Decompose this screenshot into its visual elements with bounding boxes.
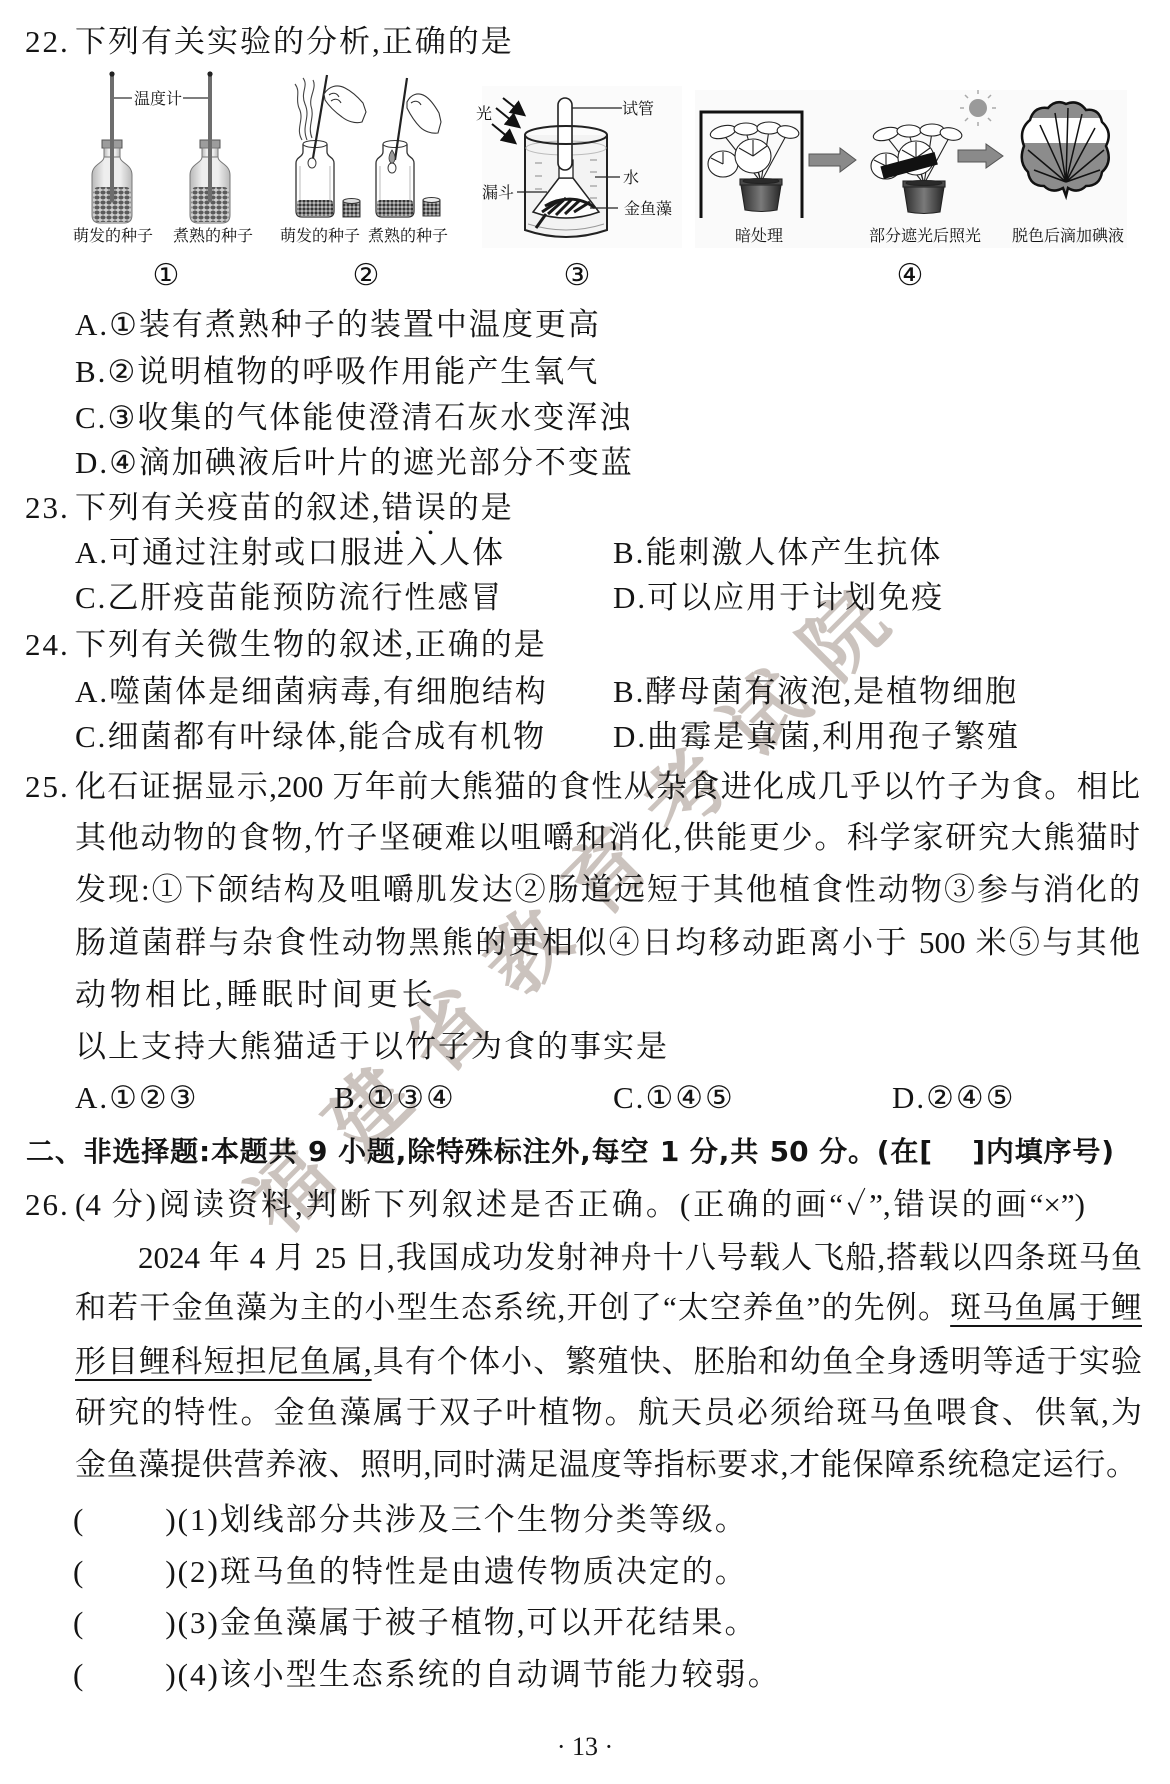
q26-statement-2: ()(2)斑马鱼的特性是由遗传物质决定的。: [73, 1552, 748, 1592]
option-letter: C.: [75, 719, 107, 754]
thermometer-top: [109, 71, 114, 76]
passage-text: 2024 年 4 月 25 日,我国成功发射神舟十八号载人飞船,搭载以四条斑马鱼: [138, 1240, 1142, 1275]
q26-passage-line: 2024 年 4 月 25 日,我国成功发射神舟十八号载人飞船,搭载以四条斑马鱼: [138, 1238, 1142, 1278]
thermometer-top: [207, 71, 212, 76]
statement-label: (3): [178, 1605, 220, 1640]
q24-option-a: A.噬菌体是细菌病毒,有细胞结构: [75, 672, 548, 712]
cotton-plug-top: [343, 199, 360, 204]
candle: [308, 158, 316, 168]
option-letter: D.: [75, 445, 109, 480]
q23-number: 23.: [25, 488, 70, 528]
test-tube: [558, 98, 572, 170]
option-text: ②④⑤: [926, 1080, 1015, 1115]
q25-option-d: D.②④⑤: [892, 1078, 1016, 1118]
option-text: 可通过注射或口服进入人体: [109, 535, 505, 570]
answer-blank[interactable]: (): [73, 1554, 178, 1589]
cotton-plug-top: [423, 198, 440, 203]
q24-number: 24.: [25, 625, 70, 665]
option-text: ③收集的气体能使澄清石灰水变浑浊: [107, 400, 632, 435]
option-text: ①装有煮熟种子的装置中温度更高: [109, 307, 601, 342]
water-label: 水: [623, 169, 639, 187]
blank-close-paren: ): [165, 1554, 177, 1589]
q24-option-d: D.曲霉是真菌,利用孢子繁殖: [613, 717, 1020, 757]
option-letter: D.: [613, 580, 647, 615]
option-text: 噬菌体是细菌病毒,有细胞结构: [109, 674, 548, 709]
q23-option-d: D.可以应用于计划免疫: [613, 578, 944, 618]
option-letter: B.: [334, 1080, 366, 1115]
option-text: ①②③: [109, 1080, 198, 1115]
q26-passage-line: 研究的特性。金鱼藻属于双子叶植物。航天员必须给斑马鱼喂食、供氧,为: [75, 1393, 1142, 1433]
q26-statement-3: ()(3)金鱼藻属于被子植物,可以开花结果。: [73, 1603, 758, 1643]
option-text: ①④⑤: [645, 1080, 734, 1115]
q25-stem-line: 其他动物的食物,竹子坚硬难以咀嚼和消化,供能更少。科学家研究大熊猫时: [75, 818, 1140, 858]
q25-question: 以上支持大熊猫适于以竹子为食的事实是: [75, 1027, 669, 1067]
option-text: ②说明植物的呼吸作用能产生氧气: [107, 354, 599, 389]
statement-text: 斑马鱼的特性是由遗传物质决定的。: [220, 1554, 748, 1589]
q25-option-c: C.①④⑤: [613, 1078, 735, 1118]
q26-passage-line: 金鱼藻提供营养液、照明,同时满足温度等指标要求,才能保障系统稳定运行。: [75, 1445, 1137, 1485]
fig2-number: ②: [353, 259, 380, 292]
unstained-band: [1018, 118, 1114, 143]
q26-statement-1: ()(1)划线部分共涉及三个生物分类等级。: [73, 1500, 748, 1540]
blank-close-paren: ): [165, 1502, 177, 1537]
statement-text: 该小型生态系统的自动调节能力较弱。: [220, 1657, 781, 1692]
passage-text: 和若干金鱼藻为主的小型生态系统,开创了“太空养鱼”的先例。: [75, 1290, 950, 1325]
q23-option-c: C.乙肝疫苗能预防流行性感冒: [75, 578, 503, 618]
statement-text: 划线部分共涉及三个生物分类等级。: [220, 1502, 748, 1537]
q22-option-a: A.①装有煮熟种子的装置中温度更高: [75, 305, 601, 345]
exam-page: 福建省教育考试院: [0, 0, 1170, 1784]
q22-number: 22.: [25, 22, 70, 62]
q24-option-c: C.细菌都有叶绿体,能合成有机物: [75, 717, 546, 757]
blank-open-paren: (: [73, 1605, 85, 1640]
bottle-boiled-seeds-candle: [376, 78, 441, 217]
option-text: 曲霉是真菌,利用孢子繁殖: [647, 719, 1020, 754]
statement-label: (4): [178, 1657, 220, 1692]
option-letter: A.: [75, 1080, 109, 1115]
blank-open-paren: (: [73, 1554, 85, 1589]
blank-close-paren: ): [165, 1657, 177, 1692]
blank-open-paren: (: [73, 1657, 85, 1692]
hornwort-label: 金鱼藻: [624, 200, 672, 218]
q25-option-b: B.①③④: [334, 1078, 456, 1118]
thermometer: [208, 72, 212, 202]
q25-stem-line: 化石证据显示,200 万年前大熊猫的食性从杂食进化成几乎以竹子为食。相比: [75, 767, 1140, 807]
blank-close-paren: ): [165, 1605, 177, 1640]
thermometer-label: 温度计: [134, 90, 182, 108]
option-letter: B.: [613, 674, 645, 709]
option-text: 细菌都有叶绿体,能合成有机物: [107, 719, 546, 754]
hand: [407, 94, 441, 133]
fig4-number: ④: [897, 259, 924, 292]
statement-label: (1): [178, 1502, 220, 1537]
q22-option-b: B.②说明植物的呼吸作用能产生氧气: [75, 352, 599, 392]
q25-option-a: A.①②③: [75, 1078, 199, 1118]
q26-instructions: (4 分)阅读资料,判断下列叙述是否正确。(正确的画“✓”,错误的画“×”): [75, 1185, 1085, 1225]
page-number: · 13 ·: [0, 1731, 1170, 1763]
passage-text: 金鱼藻提供营养液、照明,同时满足温度等指标要求,才能保障系统稳定运行。: [75, 1447, 1137, 1482]
statement-label: (2): [178, 1554, 220, 1589]
q23-option-b: B.能刺激人体产生抗体: [613, 533, 942, 573]
q24-stem: 下列有关微生物的叙述,正确的是: [75, 625, 547, 665]
passage-text: 具有个体小、繁殖快、胚胎和幼鱼全身透明等适于实验: [372, 1344, 1142, 1379]
option-text: ①③④: [366, 1080, 455, 1115]
funnel-label: 漏斗: [482, 184, 514, 202]
underlined-text: 形目鲤科短担尼鱼属,: [75, 1344, 372, 1379]
option-letter: A.: [75, 674, 109, 709]
fig1-right-label: 煮熟的种子: [173, 227, 253, 245]
q23-stem: 下列有关疫苗的叙述,错误的是: [75, 488, 514, 528]
option-text: ④滴加碘液后叶片的遮光部分不变蓝: [109, 445, 634, 480]
step-dark-treatment-label: 暗处理: [735, 227, 783, 245]
q26-passage-line: 形目鲤科短担尼鱼属,具有个体小、繁殖快、胚胎和幼鱼全身透明等适于实验: [75, 1342, 1142, 1382]
option-text: 可以应用于计划免疫: [647, 580, 944, 615]
figure-1-thermometer-bottles: 温度计 萌发的种子 煮熟的种子 ①: [73, 71, 253, 292]
fig2-left-label: 萌发的种子: [280, 226, 360, 245]
bottle-boiled-seeds: [190, 71, 230, 223]
bottle-germinating-seeds: [92, 71, 132, 223]
option-letter: B.: [75, 354, 107, 389]
q22-option-d: D.④滴加碘液后叶片的遮光部分不变蓝: [75, 443, 634, 483]
answer-blank[interactable]: (): [73, 1502, 178, 1537]
q25-number: 25.: [25, 767, 70, 807]
stem-text: 下列有关疫苗的叙述,: [75, 490, 382, 525]
step-iodine-label: 脱色后滴加碘液: [1012, 227, 1124, 245]
test-tube-label: 试管: [622, 100, 654, 118]
fig1-left-label: 萌发的种子: [73, 226, 153, 245]
step-shade-label: 部分遮光后照光: [869, 227, 981, 245]
q26-statement-4: ()(4)该小型生态系统的自动调节能力较弱。: [73, 1655, 781, 1695]
hand: [324, 86, 366, 123]
fig3-number: ③: [564, 259, 591, 292]
section-2-heading: 二、非选择题:本题共 9 小题,除特殊标注外,每空 1 分,共 50 分。(在[…: [26, 1132, 1114, 1172]
option-letter: C.: [613, 1080, 645, 1115]
q25-stem-line: 动物相比,睡眠时间更长: [75, 975, 437, 1015]
fig1-number: ①: [153, 259, 180, 292]
q22-option-c: C.③收集的气体能使澄清石灰水变浑浊: [75, 398, 632, 438]
q22-stem: 下列有关实验的分析,正确的是: [75, 22, 514, 62]
underlined-text: 斑马鱼属于鲤: [950, 1290, 1142, 1325]
answer-blank[interactable]: (): [73, 1657, 178, 1692]
passage-text: 研究的特性。金鱼藻属于双子叶植物。航天员必须给斑马鱼喂食、供氧,为: [75, 1395, 1142, 1430]
thermometer: [110, 72, 114, 202]
bottle-rim: [383, 141, 407, 148]
option-letter: D.: [613, 719, 647, 754]
statement-text: 金鱼藻属于被子植物,可以开花结果。: [220, 1605, 758, 1640]
seeds: [297, 200, 333, 216]
option-letter: A.: [75, 535, 109, 570]
figure-4-starch-experiment: 暗处理 部分遮光后照光 脱色后滴加碘液 ④: [695, 90, 1127, 292]
option-letter: A.: [75, 307, 109, 342]
option-letter: B.: [613, 535, 645, 570]
blank-open-paren: (: [73, 1502, 85, 1537]
q25-stem-line: 肠道菌群与杂食性动物黑熊的更相似④日均移动距离小于 500 米⑤与其他: [75, 923, 1140, 963]
sun-icon: [969, 99, 987, 117]
q24-option-b: B.酵母菌有液泡,是植物细胞: [613, 672, 1018, 712]
figure-2-candle-bottles: 萌发的种子 煮熟的种子 ②: [280, 75, 448, 292]
q26-passage-line: 和若干金鱼藻为主的小型生态系统,开创了“太空养鱼”的先例。斑马鱼属于鲤: [75, 1288, 1142, 1328]
q23-option-a: A.可通过注射或口服进入人体: [75, 533, 505, 573]
figure-3-hornwort-beaker: 光 试管 水 漏斗 金鱼藻 ③: [476, 86, 682, 292]
option-text: 乙肝疫苗能预防流行性感冒: [107, 580, 503, 615]
emphasized-keyword: 错误: [382, 490, 448, 525]
option-text: 能刺激人体产生抗体: [645, 535, 942, 570]
answer-blank[interactable]: (): [73, 1605, 178, 1640]
option-letter: C.: [75, 580, 107, 615]
smoke: [295, 78, 314, 140]
bottle-germinating-seeds-candle: [295, 75, 366, 217]
option-text: 酵母菌有液泡,是植物细胞: [645, 674, 1018, 709]
q25-stem-line: 发现:①下颌结构及咀嚼肌发达②肠道远短于其他植食性动物③参与消化的: [75, 870, 1140, 910]
fig2-right-label: 煮熟的种子: [368, 227, 448, 245]
light-label: 光: [476, 105, 492, 123]
candle: [388, 163, 396, 173]
q26-number: 26.: [25, 1185, 70, 1225]
option-letter: C.: [75, 400, 107, 435]
seeds: [377, 200, 413, 216]
option-letter: D.: [892, 1080, 926, 1115]
stem-text: 的是: [448, 490, 514, 525]
